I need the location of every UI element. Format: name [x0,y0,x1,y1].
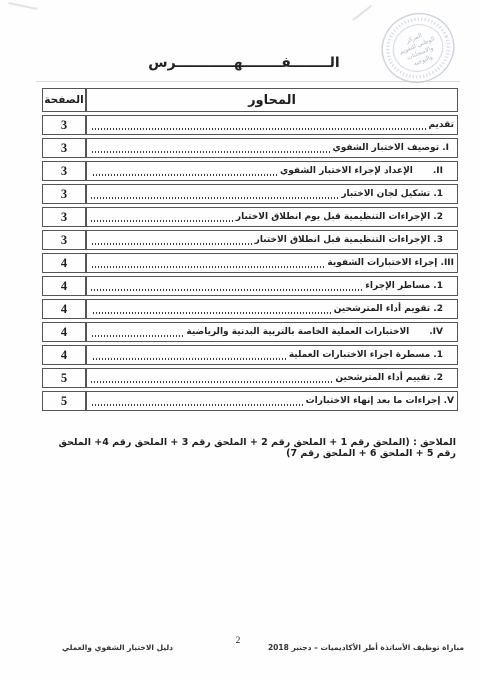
toc-page-number: 3 [42,230,86,250]
toc-entry: IV.الاختبارات العملية الخاصة بالتربية ال… [86,322,458,342]
toc-page-number: 3 [42,207,86,227]
toc-page-number: 4 [42,276,86,296]
toc-entry: 2. تقييم أداء المترشحين [86,368,458,388]
dot-leader [91,266,324,268]
page-title: الــــــــفــــــــهــــــــــــرس [0,55,480,71]
toc-entry-text: 2. تقييم أداء المترشحين [335,373,443,383]
toc-entry: 3. الإجراءات التنظيمية قبل انطلاق الاختب… [86,230,458,250]
toc-row: 31. تشكيل لجان الاختبار [42,184,458,204]
toc-entry: 2. تقويم أداء المترشحين [86,299,458,319]
dot-leader [91,358,286,360]
toc-row: 4III. إجراء الاختبارات الشفوية [42,253,458,273]
scan-rule [36,81,460,82]
toc-entry-text: تقديم [429,120,455,130]
toc-entry-marker: II. [433,166,443,176]
toc-page-number: 4 [42,299,86,319]
official-stamp-icon: المركز الوطني للتقويم والامتحانات والتوج… [366,4,470,92]
dot-leader [91,243,252,245]
toc-row: 41. مسطرة اجراء الاختبارات العملية [42,345,458,365]
toc-entry-text: V. إجراءات ما بعد إنهاء الاختبارات [306,396,454,406]
dot-leader [91,404,303,406]
toc-entry-marker: IV. [429,327,443,337]
toc-entry: 2. الإجراءات التنظيمية قبل يوم انطلاق ال… [86,207,458,227]
toc-entry-text: I. توصيف الاختبار الشفوي [333,143,449,153]
scan-artifact [8,2,38,10]
toc-page-number: 4 [42,253,86,273]
dot-leader [91,197,338,199]
toc-entry: I. توصيف الاختبار الشفوي [86,138,458,158]
toc-page-number: 5 [42,391,86,411]
scanned-document-page: المركز الوطني للتقويم والامتحانات والتوج… [0,0,480,679]
toc-page-number: 4 [42,345,86,365]
dot-leader [91,312,331,314]
toc-entry: 1. مساطر الإجراء [86,276,458,296]
toc-page-number: 3 [42,184,86,204]
toc-entry-text: III. إجراء الاختبارات الشفوية [327,258,454,268]
toc-entry: 1. تشكيل لجان الاختبار [86,184,458,204]
toc-header-topics: المحاور [86,88,458,112]
toc-entry: II.الإعداد لإجراء الاختبار الشفوي [86,161,458,181]
toc-entry-text: 2. الإجراءات التنظيمية قبل يوم انطلاق ال… [236,212,443,222]
toc-page-number: 3 [42,115,86,135]
dot-leader [91,335,183,337]
dot-leader [91,220,233,222]
annex-note: الملاحق : (الملحق رقم 1 + الملحق رقم 2 +… [40,437,456,459]
toc-row: 5V. إجراءات ما بعد إنهاء الاختبارات [42,391,458,411]
toc-entry: III. إجراء الاختبارات الشفوية [86,253,458,273]
toc-entry-text: 2. تقويم أداء المترشحين [334,304,443,314]
toc-entry-text: 1. تشكيل لجان الاختبار [341,189,443,199]
toc-row: 32. الإجراءات التنظيمية قبل يوم انطلاق ا… [42,207,458,227]
toc-body: 3تقديم3I. توصيف الاختبار الشفوي3II.الإعد… [42,115,458,411]
toc-entry-text: 3. الإجراءات التنظيمية قبل انطلاق الاختب… [255,235,443,245]
toc-entry-text: الإعداد لإجراء الاختبار الشفوي [280,166,413,176]
toc-page-number: 5 [42,368,86,388]
dot-leader [91,289,362,291]
toc-table: الصفحة المحاور 3تقديم3I. توصيف الاختبار … [42,85,458,414]
toc-entry: 1. مسطرة اجراء الاختبارات العملية [86,345,458,365]
toc-page-number: 3 [42,161,86,181]
toc-entry-text: 1. مساطر الإجراء [365,281,443,291]
dot-leader [91,128,426,130]
toc-entry: V. إجراءات ما بعد إنهاء الاختبارات [86,391,458,411]
dot-leader [91,381,332,383]
footer-exam-title: مباراة توظيف الأساتذة أطر الأكاديميات – … [268,643,464,652]
toc-entry-text: الاختبارات العملية الخاصة بالتربية البدن… [186,327,409,337]
toc-row: 33. الإجراءات التنظيمية قبل انطلاق الاخت… [42,230,458,250]
toc-page-number: 4 [42,322,86,342]
footer-page-number: 2 [226,636,250,646]
toc-row: 4IV.الاختبارات العملية الخاصة بالتربية ا… [42,322,458,342]
toc-page-number: 3 [42,138,86,158]
toc-row: 41. مساطر الإجراء [42,276,458,296]
dot-leader [91,174,277,176]
dot-leader [91,151,330,153]
toc-row: 3I. توصيف الاختبار الشفوي [42,138,458,158]
toc-row: 3II.الإعداد لإجراء الاختبار الشفوي [42,161,458,181]
toc-row: 42. تقويم أداء المترشحين [42,299,458,319]
footer-document-title: دليل الاختبار الشفوي والعملي [62,643,173,652]
toc-row: 3تقديم [42,115,458,135]
toc-entry: تقديم [86,115,458,135]
toc-header-page: الصفحة [42,88,86,112]
toc-header-row: الصفحة المحاور [42,88,458,112]
toc-row: 52. تقييم أداء المترشحين [42,368,458,388]
toc-entry-text: 1. مسطرة اجراء الاختبارات العملية [289,350,443,360]
